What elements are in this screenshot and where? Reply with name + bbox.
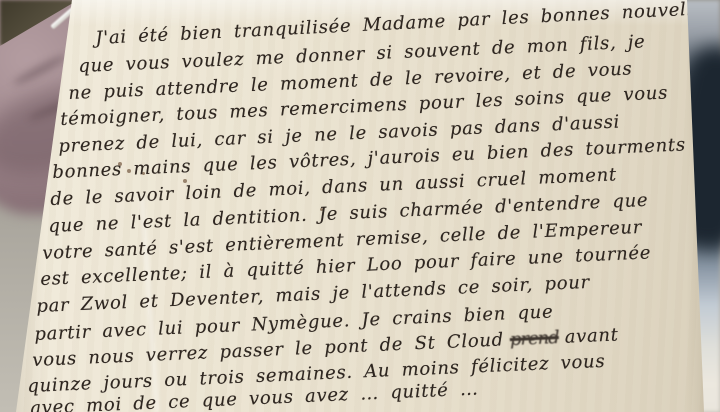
letter-line-text: avant [564,324,619,347]
crossed-out-word: prend [509,329,559,349]
photo-frame: J'ai été bien tranquilisée Madame par le… [0,0,720,412]
letter-paper: J'ai été bien tranquilisée Madame par le… [0,0,720,412]
